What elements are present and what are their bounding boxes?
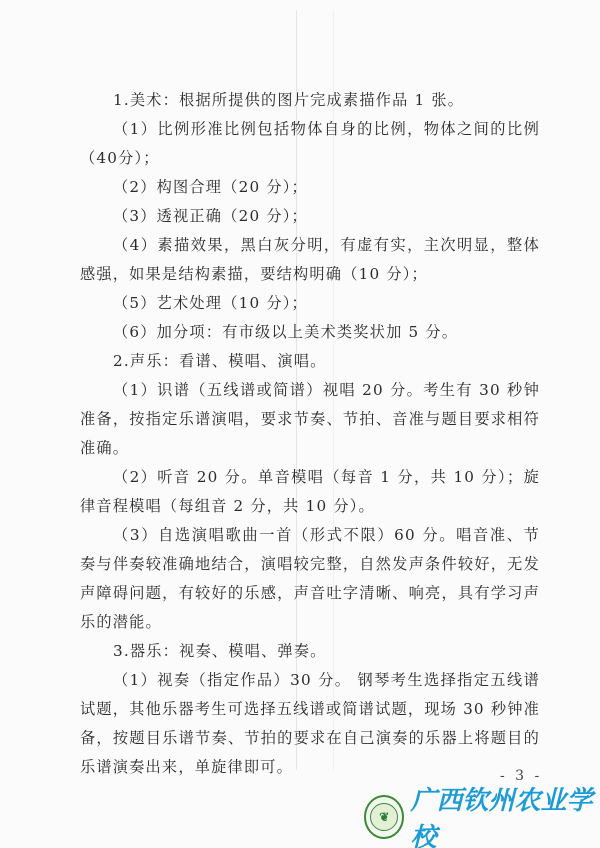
paragraph-art-item-3: （3）透视正确（20 分）；: [80, 202, 540, 231]
paragraph-vocal-item-2: （2）听音 20 分。单音模唱（每音 1 分，共 10 分）；旋律音程模唱（每组…: [80, 463, 540, 521]
paragraph-art-heading: 1.美术：根据所提供的图片完成素描作品 1 张。: [80, 86, 540, 115]
paragraph-vocal-item-1: （1）识谱（五线谱或简谱）视唱 20 分。考生有 30 秒钟准备，按指定乐谱演唱…: [80, 376, 540, 463]
paragraph-art-item-5: （5）艺术处理（10 分）；: [80, 289, 540, 318]
paragraph-art-item-2: （2）构图合理（20 分）；: [80, 173, 540, 202]
watermark-text: 广西钦州农业学校: [410, 780, 600, 848]
paragraph-instrument-heading: 3.器乐：视奏、模唱、弹奏。: [80, 637, 540, 666]
paragraph-art-item-1: （1）比例形准比例包括物体自身的比例，物体之间的比例（40分）；: [80, 115, 540, 173]
school-watermark: ❦ 广西钦州农业学校: [364, 794, 600, 840]
document-body: 1.美术：根据所提供的图片完成素描作品 1 张。 （1）比例形准比例包括物体自身…: [80, 86, 540, 782]
paragraph-art-item-6: （6）加分项：有市级以上美术类奖状加 5 分。: [80, 318, 540, 347]
paragraph-instrument-item-1: （1）视奏（指定作品）30 分。 钢琴考生选择指定五线谱试题，其他乐器考生可选择…: [80, 666, 540, 782]
paragraph-vocal-item-3: （3）自选演唱歌曲一首（形式不限）60 分。唱音准、节奏与伴奏较准确地结合，演唱…: [80, 521, 540, 637]
school-seal-icon: ❦: [364, 795, 404, 839]
seal-emblem-icon: ❦: [370, 803, 398, 831]
paragraph-art-item-4: （4）素描效果，黑白灰分明，有虚有实，主次明显，整体感强，如果是结构素描，要结构…: [80, 231, 540, 289]
paragraph-vocal-heading: 2.声乐：看谱、模唱、演唱。: [80, 347, 540, 376]
